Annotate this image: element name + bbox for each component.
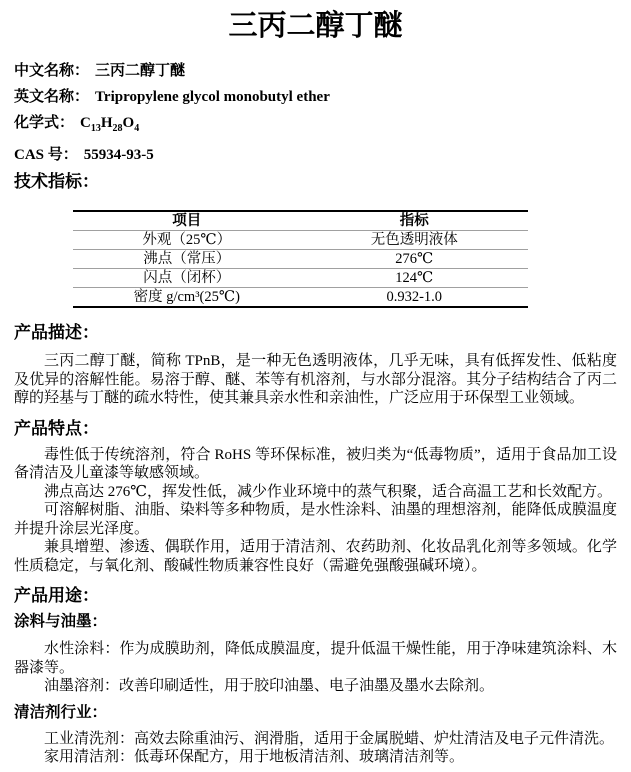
description-paragraph: 三丙二醇丁醚，简称 TPnB，是一种无色透明液体，几乎无味，具有低挥发性、低粘度… [14, 352, 617, 408]
spec-cell-flashpoint-value: 124℃ [301, 269, 529, 288]
table-row: 闪点（闭杯） 124℃ [73, 269, 528, 288]
spec-cell-density-value: 0.932-1.0 [301, 288, 529, 308]
description-body: 三丙二醇丁醚，简称 TPnB，是一种无色透明液体，几乎无味，具有低挥发性、低粘度… [14, 352, 617, 408]
subsection-heading-coatings-inks: 涂料与油墨： [14, 613, 617, 631]
section-heading-features: 产品特点： [14, 419, 617, 439]
feature-paragraph-solvency: 可溶解树脂、油脂、染料等多种物质，是水性涂料、油墨的理想溶剂，能降低成膜温度并提… [14, 501, 617, 538]
spec-table-header-item: 项目 [73, 211, 301, 231]
field-english-name-value: Tripropylene glycol monobutyl ether [95, 89, 330, 105]
application-paragraph-household-cleaner: 家用清洁剂：低毒环保配方，用于地板清洁剂、玻璃清洁剂等。 [14, 748, 617, 767]
spec-cell-boiling-label: 沸点（常压） [73, 250, 301, 269]
spec-cell-density-label: 密度 g/cm³(25℃) [73, 288, 301, 308]
table-row: 沸点（常压） 276℃ [73, 250, 528, 269]
section-heading-tech-specs: 技术指标： [14, 172, 617, 192]
feature-paragraph-stability: 兼具增塑、渗透、偶联作用，适用于清洁剂、农药助剂、化妆品乳化剂等多领域。化学性质… [14, 538, 617, 575]
field-english-name: 英文名称：Tripropylene glycol monobutyl ether [14, 88, 617, 106]
application-paragraph-industrial-cleaner: 工业清洗剂：高效去除重油污、润滑脂，适用于金属脱蜡、炉灶清洁及电子元件清洗。 [14, 730, 617, 749]
field-chemical-formula: 化学式：C13H28O4 [14, 114, 617, 138]
field-chinese-name-value: 三丙二醇丁醚 [95, 63, 185, 79]
table-row: 密度 g/cm³(25℃) 0.932-1.0 [73, 288, 528, 308]
spec-cell-flashpoint-label: 闪点（闭杯） [73, 269, 301, 288]
application-paragraph-waterborne-coatings: 水性涂料：作为成膜助剂，降低成膜温度，提升低温干燥性能，用于净味建筑涂料、木器漆… [14, 640, 617, 677]
field-chemical-formula-label: 化学式： [14, 115, 74, 131]
field-english-name-label: 英文名称： [14, 89, 89, 105]
feature-paragraph-boiling: 沸点高达 276℃，挥发性低，减少作业环境中的蒸气积聚，适合高温工艺和长效配方。 [14, 483, 617, 502]
spec-table-header-spec: 指标 [301, 211, 529, 231]
feature-paragraph-toxicity: 毒性低于传统溶剂，符合 RoHS 等环保标准，被归类为“低毒物质”，适用于食品加… [14, 446, 617, 483]
field-chinese-name-label: 中文名称： [14, 63, 89, 79]
spec-cell-boiling-value: 276℃ [301, 250, 529, 269]
field-chemical-formula-value: C13H28O4 [80, 115, 139, 131]
page-title: 三丙二醇丁醚 [14, 6, 617, 46]
spec-cell-appearance-label: 外观（25℃） [73, 231, 301, 250]
spec-cell-appearance-value: 无色透明液体 [301, 231, 529, 250]
application-paragraph-ink-solvent: 油墨溶剂：改善印刷适性，用于胶印油墨、电子油墨及墨水去除剂。 [14, 677, 617, 696]
section-heading-applications: 产品用途： [14, 586, 617, 606]
features-body: 毒性低于传统溶剂，符合 RoHS 等环保标准，被归类为“低毒物质”，适用于食品加… [14, 446, 617, 576]
subsection-heading-cleaners: 清洁剂行业： [14, 704, 617, 722]
field-cas-number-value: 55934-93-5 [84, 147, 154, 163]
coatings-body: 水性涂料：作为成膜助剂，降低成膜温度，提升低温干燥性能，用于净味建筑涂料、木器漆… [14, 640, 617, 696]
section-heading-description: 产品描述： [14, 323, 617, 343]
field-cas-number-label: CAS 号： [14, 147, 78, 163]
document-page: 三丙二醇丁醚 中文名称：三丙二醇丁醚 英文名称：Tripropylene gly… [0, 0, 631, 772]
cleaners-body: 工业清洗剂：高效去除重油污、润滑脂，适用于金属脱蜡、炉灶清洁及电子元件清洗。 家… [14, 730, 617, 767]
spec-table: 项目 指标 外观（25℃） 无色透明液体 沸点（常压） 276℃ 闪点（闭杯） … [73, 210, 528, 308]
table-row: 外观（25℃） 无色透明液体 [73, 231, 528, 250]
field-cas-number: CAS 号：55934-93-5 [14, 146, 617, 164]
spec-table-header-row: 项目 指标 [73, 211, 528, 231]
field-chinese-name: 中文名称：三丙二醇丁醚 [14, 62, 617, 80]
